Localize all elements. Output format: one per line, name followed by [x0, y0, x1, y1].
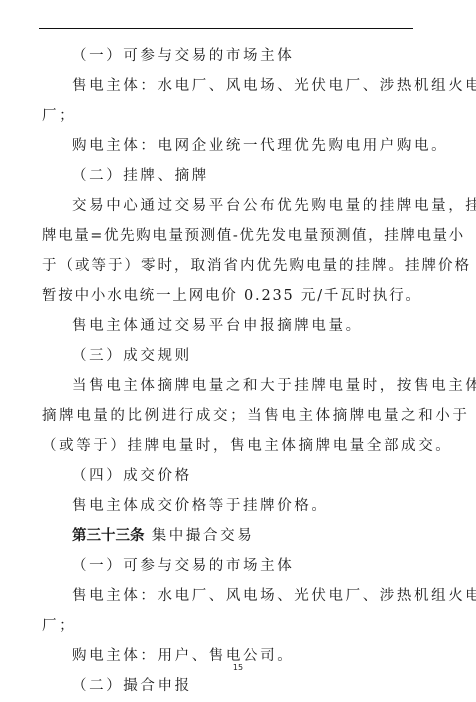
page-number: 15: [0, 663, 476, 672]
section-heading: （一）可参与交易的市场主体: [42, 41, 414, 71]
article-title: 集中撮合交易: [145, 528, 255, 544]
paragraph-line: 于（或等于）零时，取消省内优先购电量的挂牌。挂牌价格: [42, 251, 414, 281]
paragraph-line: 暂按中小水电统一上网电价 0.235 元/千瓦时执行。: [42, 281, 414, 311]
paragraph-line: 售电主体：水电厂、风电场、光伏电厂、涉热机组火电: [42, 71, 414, 101]
paragraph-line: 售电主体通过交易平台申报摘牌电量。: [42, 311, 414, 341]
paragraph-line: 厂；: [42, 611, 414, 641]
paragraph-line: 摘牌电量的比例进行成交；当售电主体摘牌电量之和小于: [42, 401, 414, 431]
paragraph-line: 厂；: [42, 101, 414, 131]
paragraph-line: 牌电量=优先购电量预测值-优先发电量预测值，挂牌电量小: [42, 221, 414, 251]
paragraph-line: 交易中心通过交易平台公布优先购电量的挂牌电量，挂: [42, 191, 414, 221]
paragraph-line: 售电主体：水电厂、风电场、光伏电厂、涉热机组火电: [42, 581, 414, 611]
paragraph-line: 当售电主体摘牌电量之和大于挂牌电量时，按售电主体: [42, 371, 414, 401]
section-heading: （四）成交价格: [42, 461, 414, 491]
article-heading: 第三十三条 集中撮合交易: [42, 521, 414, 551]
section-heading: （三）成交规则: [42, 341, 414, 371]
document-body: （一）可参与交易的市场主体 售电主体：水电厂、风电场、光伏电厂、涉热机组火电 厂…: [42, 41, 414, 701]
paragraph-line: （或等于）挂牌电量时，售电主体摘牌电量全部成交。: [42, 431, 414, 461]
section-heading: （二）挂牌、摘牌: [42, 161, 414, 191]
paragraph-line: 购电主体：电网企业统一代理优先购电用户购电。: [42, 131, 414, 161]
paragraph-line: 售电主体成交价格等于挂牌价格。: [42, 491, 414, 521]
section-heading: （二）撮合申报: [42, 671, 414, 701]
article-label: 第三十三条: [72, 528, 145, 544]
header-rule: [39, 28, 413, 29]
section-heading: （一）可参与交易的市场主体: [42, 551, 414, 581]
